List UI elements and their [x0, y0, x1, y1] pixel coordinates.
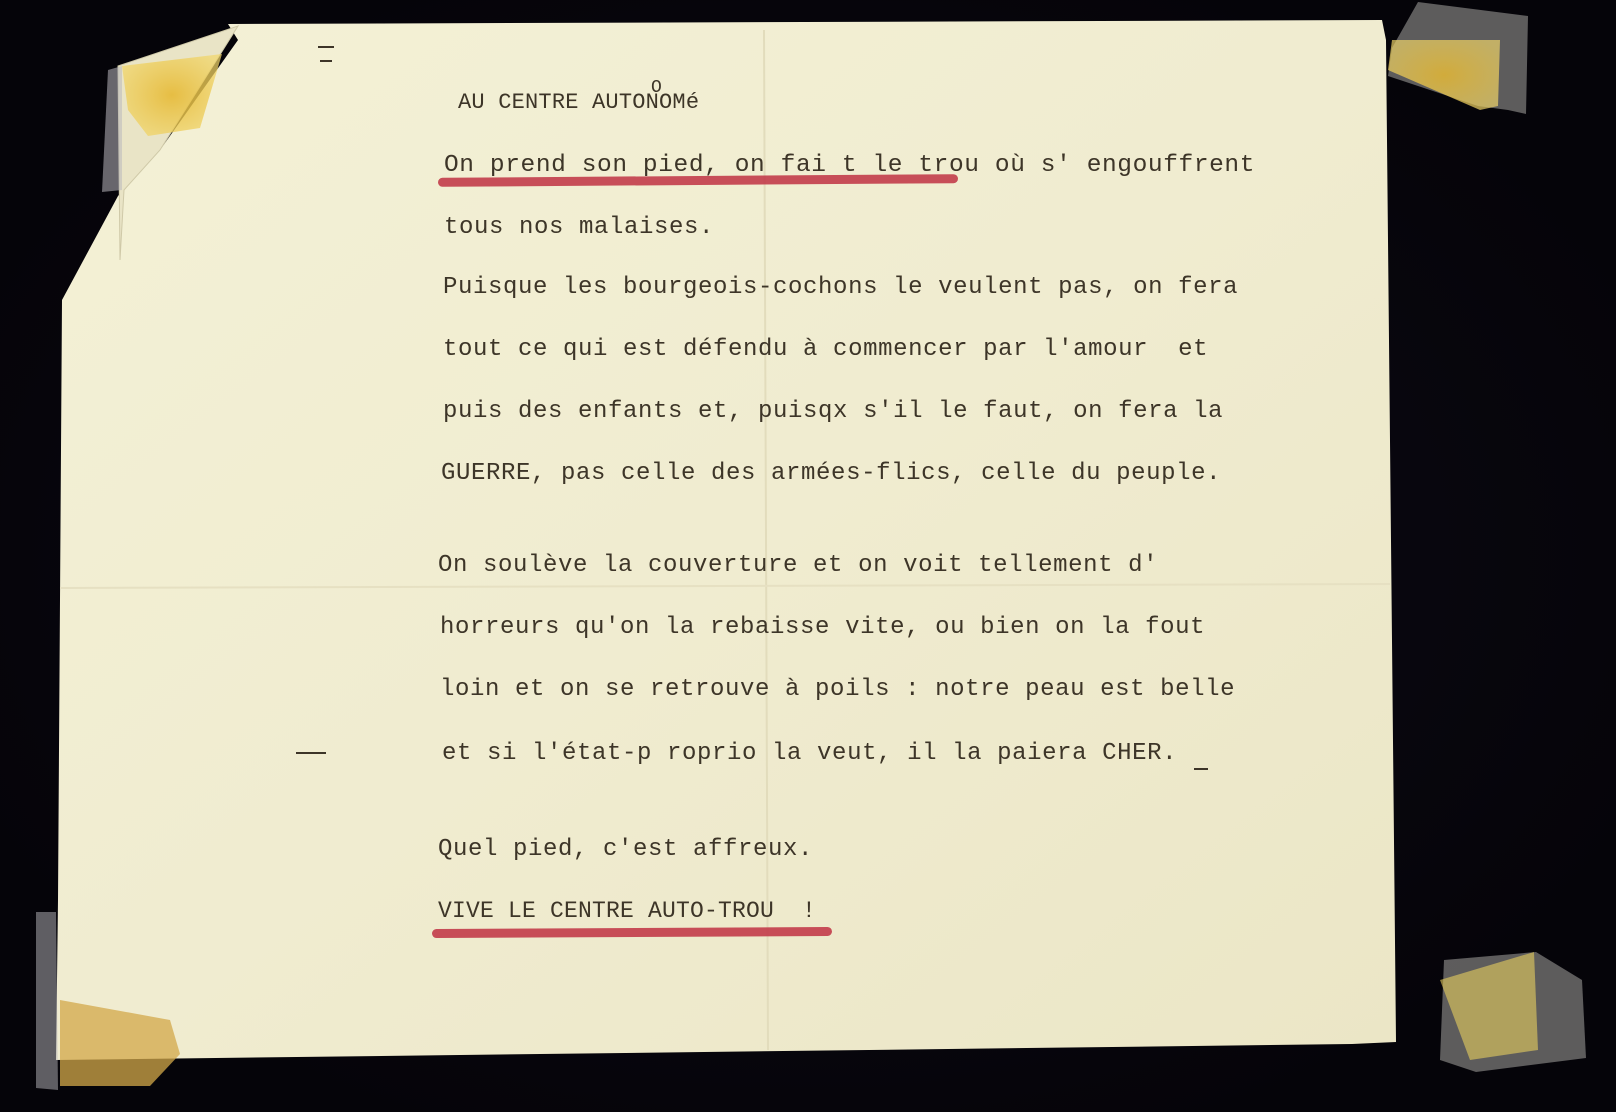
stray-mark [320, 60, 332, 62]
paragraph-3-line-1: Quel pied, c'est affreux. [438, 836, 813, 863]
paragraph-1-line-5: puis des enfants et, puisqx s'il le faut… [443, 398, 1223, 425]
paragraph-2-line-3: loin et on se retrouve à poils : notre p… [440, 676, 1235, 703]
highlight-underline-last-line [432, 927, 832, 938]
paragraph-3-line-2: VIVE LE CENTRE AUTO-TROU ! [438, 898, 816, 924]
paragraph-2-line-2: horreurs qu'on la rebaisse vite, ou bien… [440, 614, 1205, 641]
paragraph-1-line-2: tous nos malaises. [444, 214, 714, 241]
typed-text: AU CENTRE AUTONOMé O On prend son pied, … [0, 0, 1616, 1112]
stray-mark [296, 752, 326, 754]
title-overstrike: O [651, 78, 662, 98]
paragraph-1-line-6: GUERRE, pas celle des armées-flics, cell… [441, 460, 1221, 487]
paragraph-2-line-4: et si l'état-p roprio la veut, il la pai… [442, 740, 1177, 767]
stray-mark [1194, 768, 1208, 770]
stray-mark [318, 46, 334, 48]
paragraph-1-line-3: Puisque les bourgeois-cochons le veulent… [443, 274, 1238, 301]
paragraph-1-line-1: On prend son pied, on fai t le trou où s… [444, 152, 1255, 179]
paragraph-2-line-1: On soulève la couverture et on voit tell… [438, 552, 1158, 579]
paragraph-1-line-4: tout ce qui est défendu à commencer par … [443, 336, 1208, 363]
document-title: AU CENTRE AUTONOMé [458, 90, 699, 115]
